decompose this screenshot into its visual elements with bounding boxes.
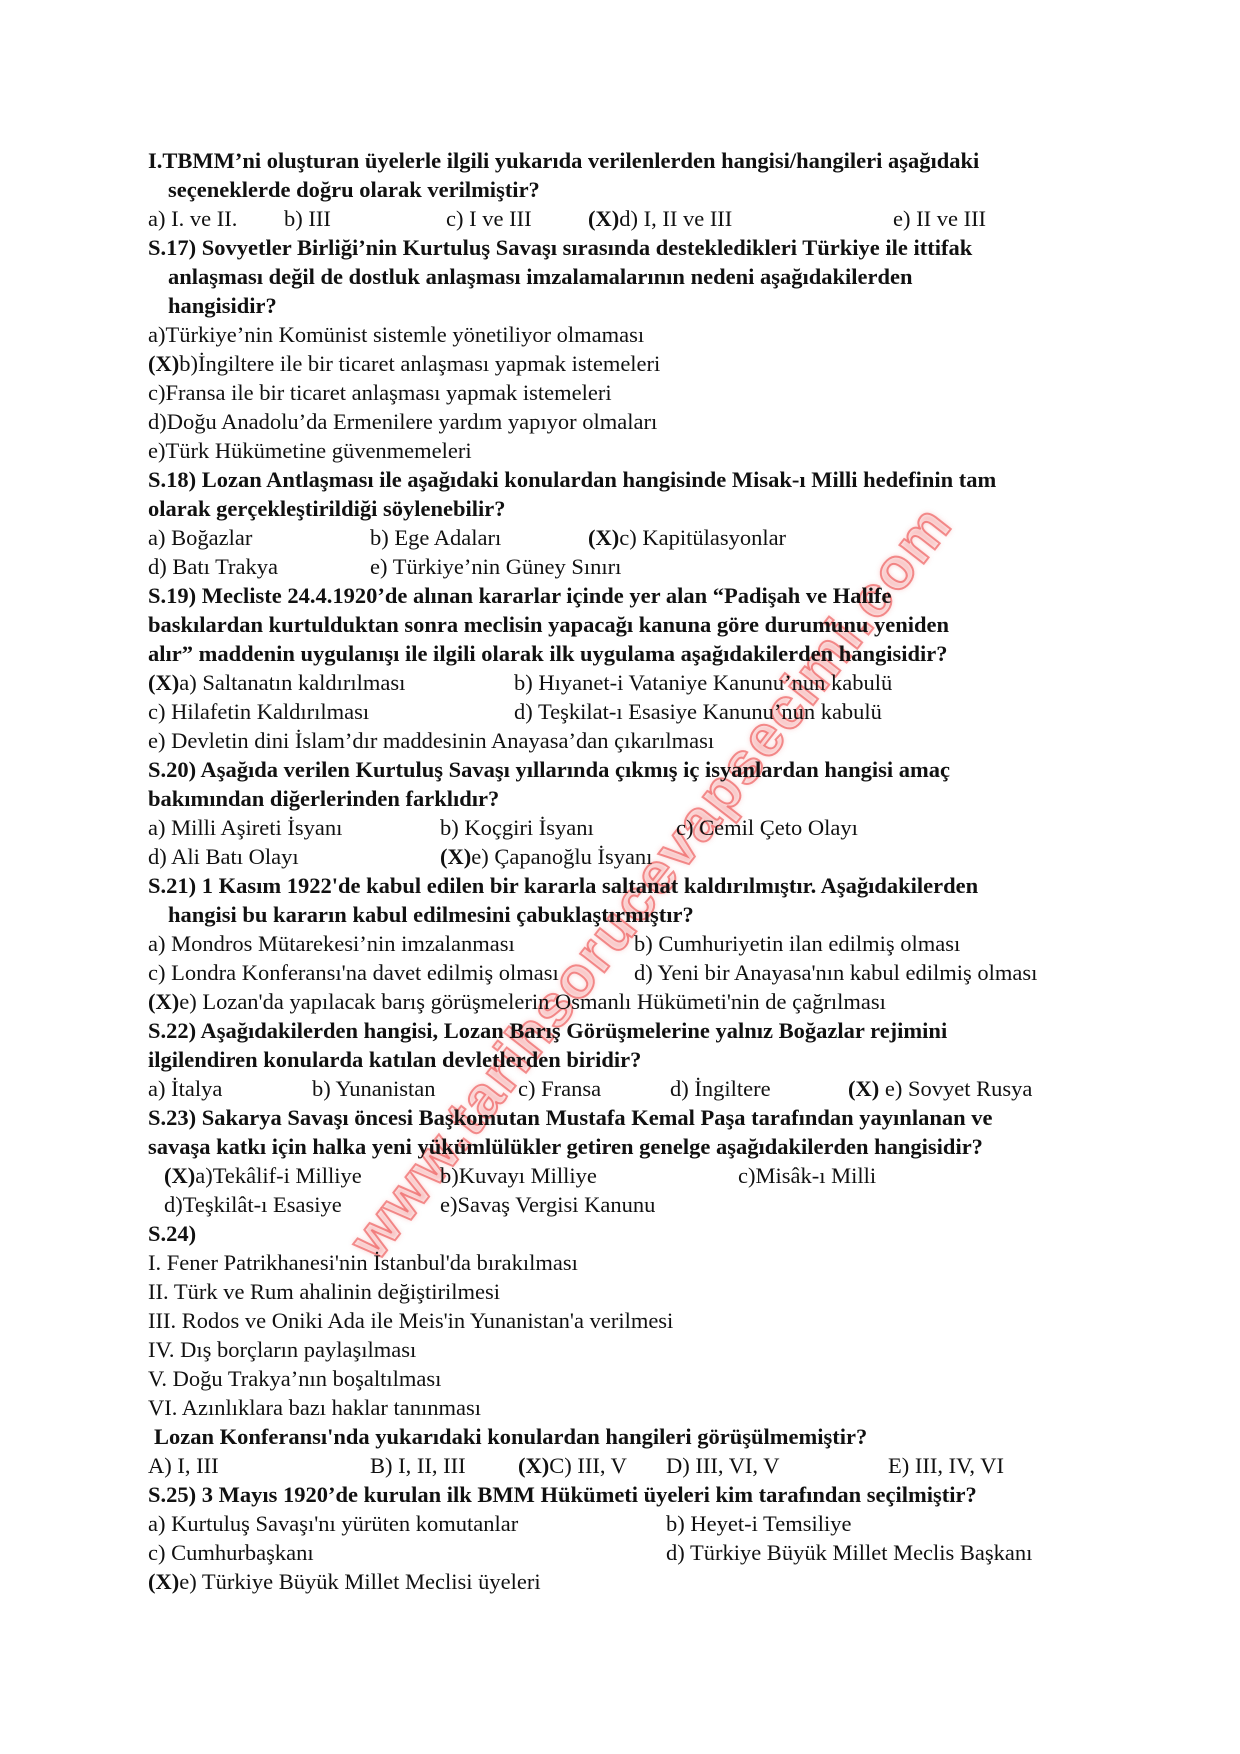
option-d: d) İngiltere [670,1074,771,1103]
option-d: d) Batı Trakya [148,552,278,581]
option-b-answer: (X)b)İngiltere ile bir ticaret anlaşması… [148,349,1108,378]
question-19: S.19) Mecliste 24.4.1920’de alınan karar… [148,581,1108,755]
option-b: b) Cumhuriyetin ilan edilmiş olması [634,929,960,958]
question-text: alır” maddenin uygulanışı ile ilgili ola… [148,639,1108,668]
option-b: b) Hıyanet-i Vataniye Kanunu’nun kabulü [514,668,892,697]
premise-item: VI. Azınlıklara bazı haklar tanınması [148,1393,1108,1422]
option-b: B) I, II, III [370,1451,466,1480]
option-b: b)Kuvayı Milliye [440,1161,597,1190]
question-text: S.18) Lozan Antlaşması ile aşağıdaki kon… [148,465,1108,494]
answer-mark: (X) [440,844,471,869]
question-text: S.19) Mecliste 24.4.1920’de alınan karar… [148,581,1108,610]
option-b: b) Ege Adaları [370,523,501,552]
option-e-answer: (X)e) Türkiye Büyük Millet Meclisi üyele… [148,1567,1108,1596]
option-e: e) Devletin dini İslam’dır maddesinin An… [148,726,1108,755]
question-text: anlaşması değil de dostluk anlaşması imz… [148,262,1108,291]
question-text: S.17) Sovyetler Birliği’nin Kurtuluş Sav… [148,233,1108,262]
option-b: b) Koçgiri İsyanı [440,813,594,842]
question-16: I.TBMM’ni oluşturan üyelerle ilgili yuka… [148,146,1108,233]
option-c: c) Hilafetin Kaldırılması [148,697,369,726]
options-row: a) Kurtuluş Savaşı'nı yürüten komutanlar… [148,1509,1108,1538]
option-c: c) I ve III [446,204,532,233]
option-a: a)Türkiye’nin Komünist sistemle yönetili… [148,320,1108,349]
question-text: seçeneklerde doğru olarak verilmiştir? [148,175,1108,204]
options-row: (X)a)Tekâlif-i Milliye b)Kuvayı Milliye … [148,1161,1108,1190]
options-row: a) İtalya b) Yunanistan c) Fransa d) İng… [148,1074,1108,1103]
option-a: A) I, III [148,1451,219,1480]
question-17: S.17) Sovyetler Birliği’nin Kurtuluş Sav… [148,233,1108,465]
question-text: Lozan Konferansı'nda yukarıdaki konulard… [148,1422,1108,1451]
question-text: S.22) Aşağıdakilerden hangisi, Lozan Bar… [148,1016,1108,1045]
question-text: bakımından diğerlerinden farklıdır? [148,784,1108,813]
question-22: S.22) Aşağıdakilerden hangisi, Lozan Bar… [148,1016,1108,1103]
premise-item: IV. Dış borçların paylaşılması [148,1335,1108,1364]
question-21: S.21) 1 Kasım 1922'de kabul edilen bir k… [148,871,1108,1016]
premise-item: I. Fener Patrikhanesi'nin İstanbul'da bı… [148,1248,1108,1277]
option-d: d) Yeni bir Anayasa'nın kabul edilmiş ol… [634,958,1037,987]
option-e: E) III, IV, VI [888,1451,1004,1480]
answer-mark: (X) [848,1076,879,1101]
options-row: a) I. ve II. b) III c) I ve III (X)d) I,… [148,204,1108,233]
question-text: olarak gerçekleştirildiği söylenebilir? [148,494,1108,523]
answer-mark: (X) [148,351,179,376]
option-b: b) Heyet-i Temsiliye [666,1509,851,1538]
option-d-answer: (X)d) I, II ve III [588,204,732,233]
question-24: S.24) I. Fener Patrikhanesi'nin İstanbul… [148,1219,1108,1480]
question-20: S.20) Aşağıda verilen Kurtuluş Savaşı yı… [148,755,1108,871]
answer-mark: (X) [164,1163,195,1188]
answer-mark: (X) [148,670,179,695]
options-row: c) Cumhurbaşkanı d) Türkiye Büyük Millet… [148,1538,1108,1567]
option-a-answer: (X)a) Saltanatın kaldırılması [148,668,405,697]
option-e: e) Türkiye’nin Güney Sınırı [370,552,621,581]
premise-item: V. Doğu Trakya’nın boşaltılması [148,1364,1108,1393]
option-e-answer: (X)e) Çapanoğlu İsyanı [440,842,652,871]
question-text: S.20) Aşağıda verilen Kurtuluş Savaşı yı… [148,755,1108,784]
answer-mark: (X) [148,1569,179,1594]
option-c: c) Londra Konferansı'na davet edilmiş ol… [148,958,559,987]
option-e: e) II ve III [893,204,986,233]
option-c: c) Fransa [518,1074,601,1103]
option-d: d)Teşkilât-ı Esasiye [164,1190,342,1219]
options-row: (X)a) Saltanatın kaldırılması b) Hıyanet… [148,668,1108,697]
options-row: c) Hilafetin Kaldırılması d) Teşkilat-ı … [148,697,1108,726]
option-a: a) Boğazlar [148,523,252,552]
options-row: A) I, III B) I, II, III (X)C) III, V D) … [148,1451,1108,1480]
options-row: a) Milli Aşireti İsyanı b) Koçgiri İsyan… [148,813,1108,842]
options-row: c) Londra Konferansı'na davet edilmiş ol… [148,958,1108,987]
question-23: S.23) Sakarya Savaşı öncesi Başkomutan M… [148,1103,1108,1219]
option-a: a) İtalya [148,1074,222,1103]
option-e: e)Savaş Vergisi Kanunu [440,1190,655,1219]
options-row: d) Ali Batı Olayı (X)e) Çapanoğlu İsyanı [148,842,1108,871]
option-d: D) III, VI, V [666,1451,780,1480]
option-e-answer: (X) e) Sovyet Rusya [848,1074,1032,1103]
option-c-answer: (X)c) Kapitülasyonlar [588,523,786,552]
options-row: d)Teşkilât-ı Esasiye e)Savaş Vergisi Kan… [148,1190,1108,1219]
option-e-answer: (X)e) Lozan'da yapılacak barış görüşmele… [148,987,1108,1016]
option-c: c) Cumhurbaşkanı [148,1538,314,1567]
question-text: baskılardan kurtulduktan sonra meclisin … [148,610,1108,639]
option-b: b) Yunanistan [312,1074,436,1103]
option-c-answer: (X)C) III, V [518,1451,627,1480]
question-text: hangisi bu kararın kabul edilmesini çabu… [148,900,1108,929]
question-text: S.23) Sakarya Savaşı öncesi Başkomutan M… [148,1103,1108,1132]
options-row: a) Boğazlar b) Ege Adaları (X)c) Kapitül… [148,523,1108,552]
options-row: d) Batı Trakya e) Türkiye’nin Güney Sını… [148,552,1108,581]
option-c: c)Fransa ile bir ticaret anlaşması yapma… [148,378,1108,407]
premise-item: II. Türk ve Rum ahalinin değiştirilmesi [148,1277,1108,1306]
exam-page: I.TBMM’ni oluşturan üyelerle ilgili yuka… [148,146,1108,1596]
answer-mark: (X) [518,1453,549,1478]
option-d: d) Ali Batı Olayı [148,842,299,871]
question-text: savaşa katkı için halka yeni yükümlülükl… [148,1132,1108,1161]
question-text: ilgilendiren konularda katılan devletler… [148,1045,1108,1074]
question-25: S.25) 3 Mayıs 1920’de kurulan ilk BMM Hü… [148,1480,1108,1596]
option-a-answer: (X)a)Tekâlif-i Milliye [164,1161,362,1190]
option-a: a) Mondros Mütarekesi’nin imzalanması [148,929,515,958]
option-e: e)Türk Hükümetine güvenmemeleri [148,436,1108,465]
premise-item: III. Rodos ve Oniki Ada ile Meis'in Yuna… [148,1306,1108,1335]
option-c: c)Misâk-ı Milli [738,1161,876,1190]
answer-mark: (X) [588,206,619,231]
option-a: a) Milli Aşireti İsyanı [148,813,342,842]
option-d: d) Teşkilat-ı Esasiye Kanunu’nun kabulü [514,697,882,726]
question-text: S.21) 1 Kasım 1922'de kabul edilen bir k… [148,871,1108,900]
option-c: c) Cemil Çeto Olayı [676,813,858,842]
option-d: d) Türkiye Büyük Millet Meclis Başkanı [666,1538,1032,1567]
question-18: S.18) Lozan Antlaşması ile aşağıdaki kon… [148,465,1108,581]
question-text: S.25) 3 Mayıs 1920’de kurulan ilk BMM Hü… [148,1480,1108,1509]
question-number: S.24) [148,1219,1108,1248]
option-a: a) I. ve II. [148,204,237,233]
question-text: I.TBMM’ni oluşturan üyelerle ilgili yuka… [148,146,1108,175]
option-a: a) Kurtuluş Savaşı'nı yürüten komutanlar [148,1509,518,1538]
option-d: d)Doğu Anadolu’da Ermenilere yardım yapı… [148,407,1108,436]
answer-mark: (X) [588,525,619,550]
option-b: b) III [284,204,331,233]
question-text: hangisidir? [148,291,1108,320]
options-row: a) Mondros Mütarekesi’nin imzalanması b)… [148,929,1108,958]
answer-mark: (X) [148,989,179,1014]
